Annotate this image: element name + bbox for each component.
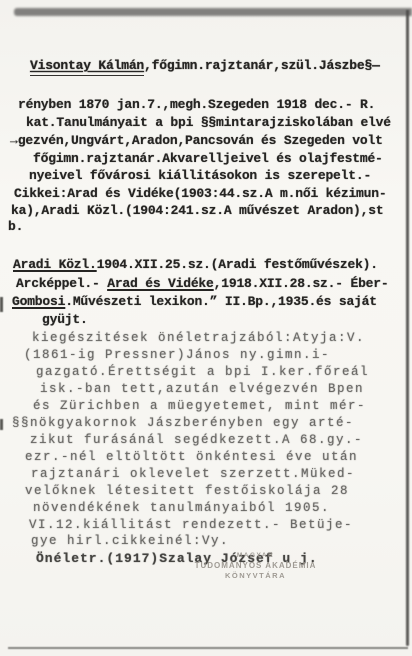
text-line: §§nökgyakornok Jászberényben egy arté- [12,416,354,431]
text-line: isk.-ban tett,azután elvégezvén Bpen [40,382,364,397]
text-segment: zikut furásánál segédkezett.A 68.gy.- [30,433,363,447]
text-segment: VI.12.kiállitást rendezett.- Betüje- [29,518,353,532]
text-segment: rajztanári oklevelet szerzett.Müked- [31,467,355,481]
text-segment: 1904.XII.25.sz.(Aradi festőművészek). [97,257,378,272]
text-line: Arcképpel.- Arad és Vidéke,1918.XII.28.s… [16,276,388,291]
margin-arrow-mark: → [10,133,18,148]
text-segment: növendékének tanulmányaiból 1905. [33,501,330,515]
text-line: és Zürichben a müegyetemet, mint mér- [33,399,366,414]
text-line: Cikkei:Arad és Vidéke(1903:44.sz.A m.női… [14,186,386,201]
text-segment: gezvén,Ungvárt,Aradon,Pancsován és Szege… [18,133,383,148]
text-line: gye hirl.cikkeinél:Vy. [31,534,229,549]
text-segment: kiegészitések önéletrajzából:Atyja:V. [32,331,365,345]
underlined-text: Arad és Vidéke [107,276,213,291]
text-line: (1861-ig Pressner)János ny.gimn.i- [24,348,330,363]
text-line: velőknek létesitett festőiskolája 28 [25,484,349,499]
text-line: növendékének tanulmányaiból 1905. [33,501,330,516]
text-line: gazgató.Érettségit a bpi I.ker.főreál [36,365,369,380]
text-segment: gye hirl.cikkeinél:Vy. [31,534,229,548]
text-segment: .Művészeti lexikon.” II.Bp.,1935.és sajá… [65,294,377,309]
text-line: ka),Aradi Közl.(1904:241.sz.A művészet A… [11,203,383,218]
text-segment: ezr.-nél eltöltött önkéntesi éve után [25,450,358,464]
text-segment: ,1918.XII.28.sz.- Éber- [214,276,389,291]
text-segment: velőknek létesitett festőiskolája 28 [25,484,349,498]
text-segment: gyüjt. [42,312,88,327]
text-line: b. [8,219,23,234]
scanned-card-page: Visontay Kálmán,főgimn.rajztanár,szül.Já… [0,0,412,656]
underlined-text: Aradi Közl. [13,257,97,272]
text-segment: ka),Aradi Közl.(1904:241.sz.A művészet A… [11,203,383,218]
library-stamp-line-2: TUDOMÁNYOS AKADÉMIA [168,560,343,571]
underlined-text: Gombosi [12,294,65,309]
library-stamp-line-3: KÖNYVTÁRA [168,571,343,581]
text-line: →gezvén,Ungvárt,Aradon,Pancsován és Szeg… [10,133,383,148]
text-segment: §§nökgyakornok Jászberényben egy arté- [12,416,354,430]
text-line: kat.Tanulmányait a bpi §§mintarajziskolá… [26,115,391,130]
text-segment: főgimn.rajztanár.Akvarelljeivel és olajf… [33,151,383,166]
text-segment: (1861-ig Pressner)János ny.gimn.i- [24,348,330,362]
card-heading-line: Visontay Kálmán,főgimn.rajztanár,szül.Já… [30,58,380,73]
text-segment: nyeivel fővárosi kiállitásokon is szerep… [29,168,371,183]
text-segment: ,főgimn.rajztanár,szül.Jászbe§— [144,58,380,73]
text-segment: isk.-ban tett,azután elvégezvén Bpen [40,382,364,396]
library-stamp: MAGYAR TUDOMÁNYOS AKADÉMIA KÖNYVTÁRA [168,551,343,581]
text-segment: b. [8,219,23,234]
text-line: rajztanári oklevelet szerzett.Müked- [31,467,355,482]
text-segment: gazgató.Érettségit a bpi I.ker.főreál [36,365,369,379]
text-segment: kat.Tanulmányait a bpi §§mintarajziskolá… [26,115,391,130]
text-segment: Cikkei:Arad és Vidéke(1903:44.sz.A m.női… [14,186,386,201]
underlined-text: Visontay Kálmán [30,58,144,76]
text-line: nyeivel fővárosi kiállitásokon is szerep… [29,168,371,183]
text-line: zikut furásánál segédkezett.A 68.gy.- [30,433,363,448]
text-line: Aradi Közl.1904.XII.25.sz.(Aradi festőmű… [13,257,378,272]
text-line: gyüjt. [42,312,88,327]
text-line: főgimn.rajztanár.Akvarelljeivel és olajf… [33,151,383,166]
text-line: kiegészitések önéletrajzából:Atyja:V. [32,331,365,346]
text-line: VI.12.kiállitást rendezett.- Betüje- [29,518,353,533]
library-stamp-line-1: MAGYAR [168,551,343,560]
text-line: rényben 1870 jan.7.,megh.Szegeden 1918 d… [18,97,375,112]
text-segment: rényben 1870 jan.7.,megh.Szegeden 1918 d… [18,97,375,112]
text-line: Gombosi.Művészeti lexikon.” II.Bp.,1935.… [12,294,377,309]
text-line: ezr.-nél eltöltött önkéntesi éve után [25,450,358,465]
text-segment: és Zürichben a müegyetemet, mint mér- [33,399,366,413]
text-segment: Arcképpel.- [16,276,107,291]
